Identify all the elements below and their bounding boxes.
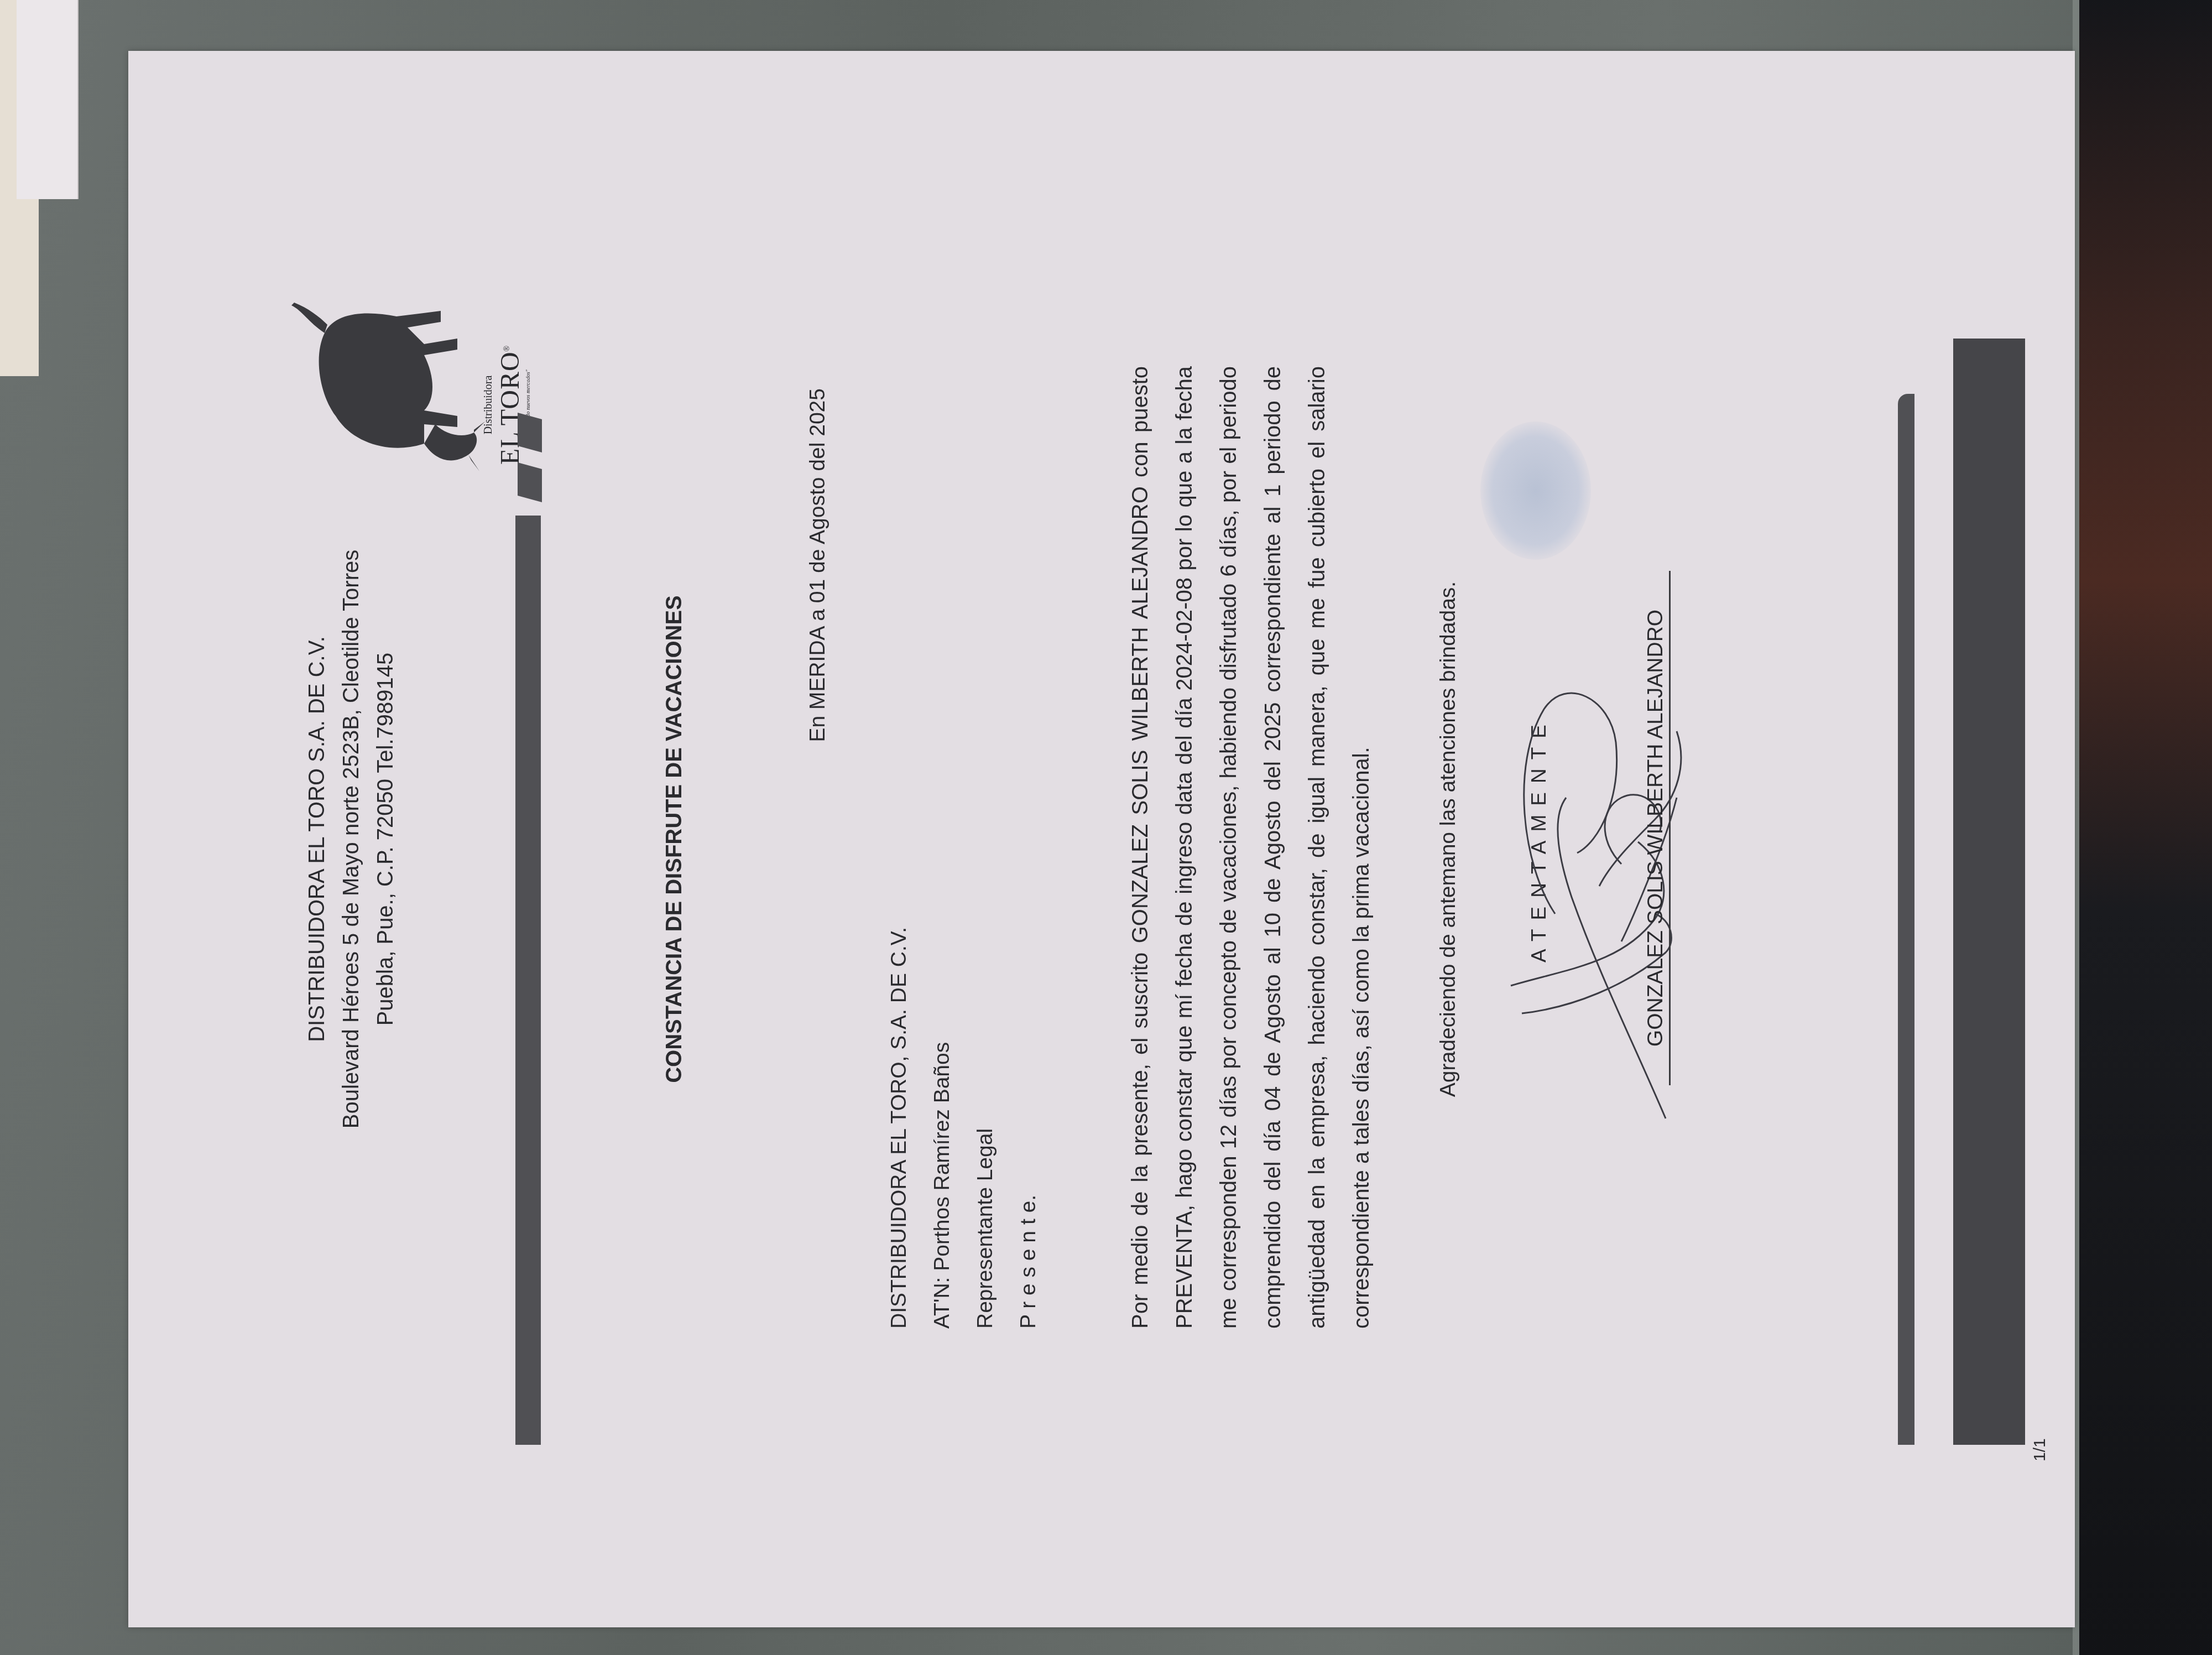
document-sheet: DISTRIBUIDORA EL TORO S.A. DE C.V. Boule… (128, 51, 2075, 1627)
bull-icon (258, 294, 491, 477)
dark-background (2079, 0, 2212, 1655)
footer-bar-thin (1898, 394, 1914, 1445)
footer-bar (1953, 339, 2025, 1445)
header-bar-segment (518, 462, 542, 502)
logo-brand: EL TORO (495, 351, 525, 465)
addressee-block: DISTRIBUIDORA EL TORO, S.A. DE C.V. AT'N… (878, 927, 1050, 1329)
addressee-greeting: P r e s e n t e. (1007, 927, 1050, 1329)
page-number: 1/1 (2031, 1438, 2049, 1461)
header-bar-segment (518, 413, 542, 452)
addressee-company: DISTRIBUIDORA EL TORO, S.A. DE C.V. (878, 927, 921, 1329)
thanks-line: Agradeciendo de antemano las atenciones … (1436, 51, 1460, 1627)
letterhead-address-1: Boulevard Héroes 5 de Mayo norte 2523B, … (334, 51, 368, 1627)
signature-icon (1489, 654, 1721, 1152)
body-paragraph: Por medio de la presente, el suscrito GO… (1118, 366, 1384, 1329)
header-bar (515, 516, 541, 1445)
registered-mark: ® (503, 345, 512, 352)
signer-name: GONZALEZ SOLIS WILBERTH ALEJANDRO (1644, 571, 1671, 1085)
letterhead-address-2: Puebla, Pue., C.P. 72050 Tel.7989145 (368, 51, 403, 1627)
paper-stack-top (17, 0, 79, 199)
document-title: CONSTANCIA DE DISFRUTE DE VACACIONES (662, 51, 687, 1627)
addressee-attention: AT'N: Porthos Ramírez Baños (921, 927, 964, 1329)
document-page: DISTRIBUIDORA EL TORO S.A. DE C.V. Boule… (128, 51, 2075, 1627)
logo-small-text: Distribuidora (482, 289, 495, 521)
addressee-role: Representante Legal (964, 927, 1007, 1329)
letterhead: DISTRIBUIDORA EL TORO S.A. DE C.V. Boule… (300, 51, 403, 1627)
place-date: En MERIDA a 01 de Agosto del 2025 (806, 388, 830, 742)
letterhead-company: DISTRIBUIDORA EL TORO S.A. DE C.V. (300, 51, 334, 1627)
